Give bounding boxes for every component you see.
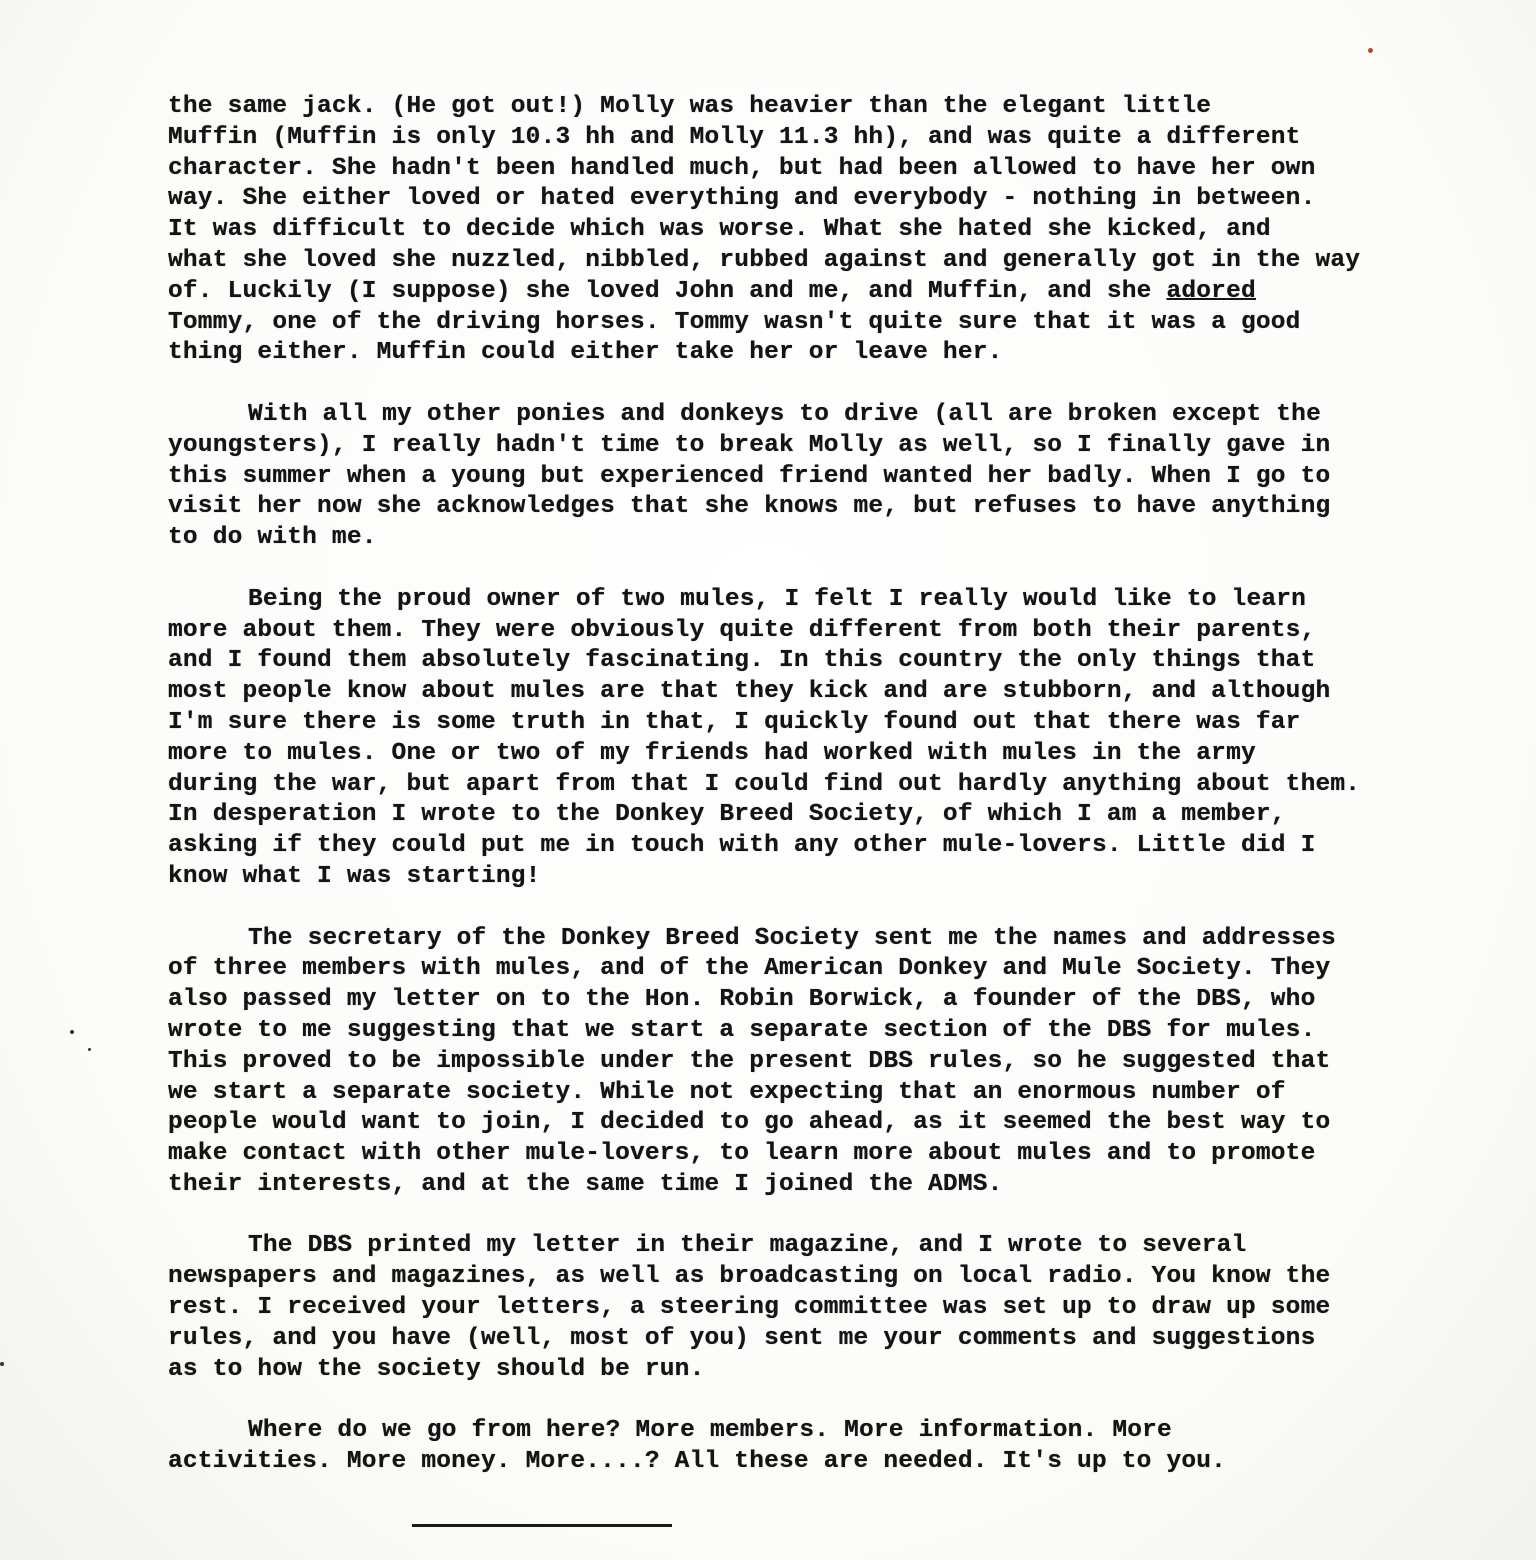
text-line: newspapers and magazines, as well as bro… bbox=[168, 1262, 1418, 1293]
paragraph-molly-character: the same jack. (He got out!) Molly was h… bbox=[168, 92, 1418, 369]
document-body: the same jack. (He got out!) Molly was h… bbox=[168, 92, 1418, 1509]
text-fragment: of. Luckily (I suppose) she loved John a… bbox=[168, 278, 1256, 305]
text-line: also passed my letter on to the Hon. Rob… bbox=[168, 985, 1418, 1016]
text-line: as to how the society should be run. bbox=[168, 1355, 1418, 1386]
text-line: rest. I received your letters, a steerin… bbox=[168, 1293, 1418, 1324]
paragraph-dbs-printed: The DBS printed my letter in their magaz… bbox=[168, 1231, 1418, 1385]
section-divider-rule bbox=[412, 1524, 672, 1527]
text-line: The secretary of the Donkey Breed Societ… bbox=[168, 924, 1418, 955]
text-line: thing either. Muffin could either take h… bbox=[168, 338, 1418, 369]
text-line: during the war, but apart from that I co… bbox=[168, 770, 1418, 801]
text-line: the same jack. (He got out!) Molly was h… bbox=[168, 92, 1418, 123]
text-line: It was difficult to decide which was wor… bbox=[168, 215, 1418, 246]
text-line: This proved to be impossible under the p… bbox=[168, 1047, 1418, 1078]
text-line: way. She either loved or hated everythin… bbox=[168, 184, 1418, 215]
paragraph-where-do-we-go: Where do we go from here? More members. … bbox=[168, 1416, 1418, 1478]
paragraph-proud-owner: Being the proud owner of two mules, I fe… bbox=[168, 585, 1418, 893]
text-line-with-underline: of. Luckily (I suppose) she loved John a… bbox=[168, 277, 1418, 308]
paragraph-ponies-donkeys: With all my other ponies and donkeys to … bbox=[168, 400, 1418, 554]
text-line: I'm sure there is some truth in that, I … bbox=[168, 708, 1418, 739]
text-line: of three members with mules, and of the … bbox=[168, 954, 1418, 985]
paragraph-secretary: The secretary of the Donkey Breed Societ… bbox=[168, 924, 1418, 1201]
text-line: activities. More money. More....? All th… bbox=[168, 1447, 1418, 1478]
text-line: Where do we go from here? More members. … bbox=[168, 1416, 1418, 1447]
text-line: make contact with other mule-lovers, to … bbox=[168, 1139, 1418, 1170]
text-line: With all my other ponies and donkeys to … bbox=[168, 400, 1418, 431]
paper-speck bbox=[0, 1362, 4, 1366]
text-line: youngsters), I really hadn't time to bre… bbox=[168, 431, 1418, 462]
underlined-word: adored bbox=[1166, 278, 1255, 305]
text-line: and I found them absolutely fascinating.… bbox=[168, 646, 1418, 677]
text-line: to do with me. bbox=[168, 523, 1418, 554]
text-line: most people know about mules are that th… bbox=[168, 677, 1418, 708]
text-line: In desperation I wrote to the Donkey Bre… bbox=[168, 800, 1418, 831]
paper-speck bbox=[70, 1030, 74, 1034]
text-line: rules, and you have (well, most of you) … bbox=[168, 1324, 1418, 1355]
text-line: asking if they could put me in touch wit… bbox=[168, 831, 1418, 862]
paper-speck bbox=[1368, 48, 1373, 53]
text-line: more about them. They were obviously qui… bbox=[168, 616, 1418, 647]
typewritten-page: the same jack. (He got out!) Molly was h… bbox=[0, 0, 1536, 1560]
text-line: The DBS printed my letter in their magaz… bbox=[168, 1231, 1418, 1262]
text-line: people would want to join, I decided to … bbox=[168, 1108, 1418, 1139]
text-line: we start a separate society. While not e… bbox=[168, 1078, 1418, 1109]
text-line: what she loved she nuzzled, nibbled, rub… bbox=[168, 246, 1418, 277]
text-line: more to mules. One or two of my friends … bbox=[168, 739, 1418, 770]
text-line: Muffin (Muffin is only 10.3 hh and Molly… bbox=[168, 123, 1418, 154]
text-line: Tommy, one of the driving horses. Tommy … bbox=[168, 308, 1418, 339]
text-line: this summer when a young but experienced… bbox=[168, 462, 1418, 493]
text-line: visit her now she acknowledges that she … bbox=[168, 492, 1418, 523]
text-line: know what I was starting! bbox=[168, 862, 1418, 893]
paper-speck bbox=[88, 1048, 91, 1051]
text-line: their interests, and at the same time I … bbox=[168, 1170, 1418, 1201]
text-line: character. She hadn't been handled much,… bbox=[168, 154, 1418, 185]
text-line: Being the proud owner of two mules, I fe… bbox=[168, 585, 1418, 616]
text-line: wrote to me suggesting that we start a s… bbox=[168, 1016, 1418, 1047]
